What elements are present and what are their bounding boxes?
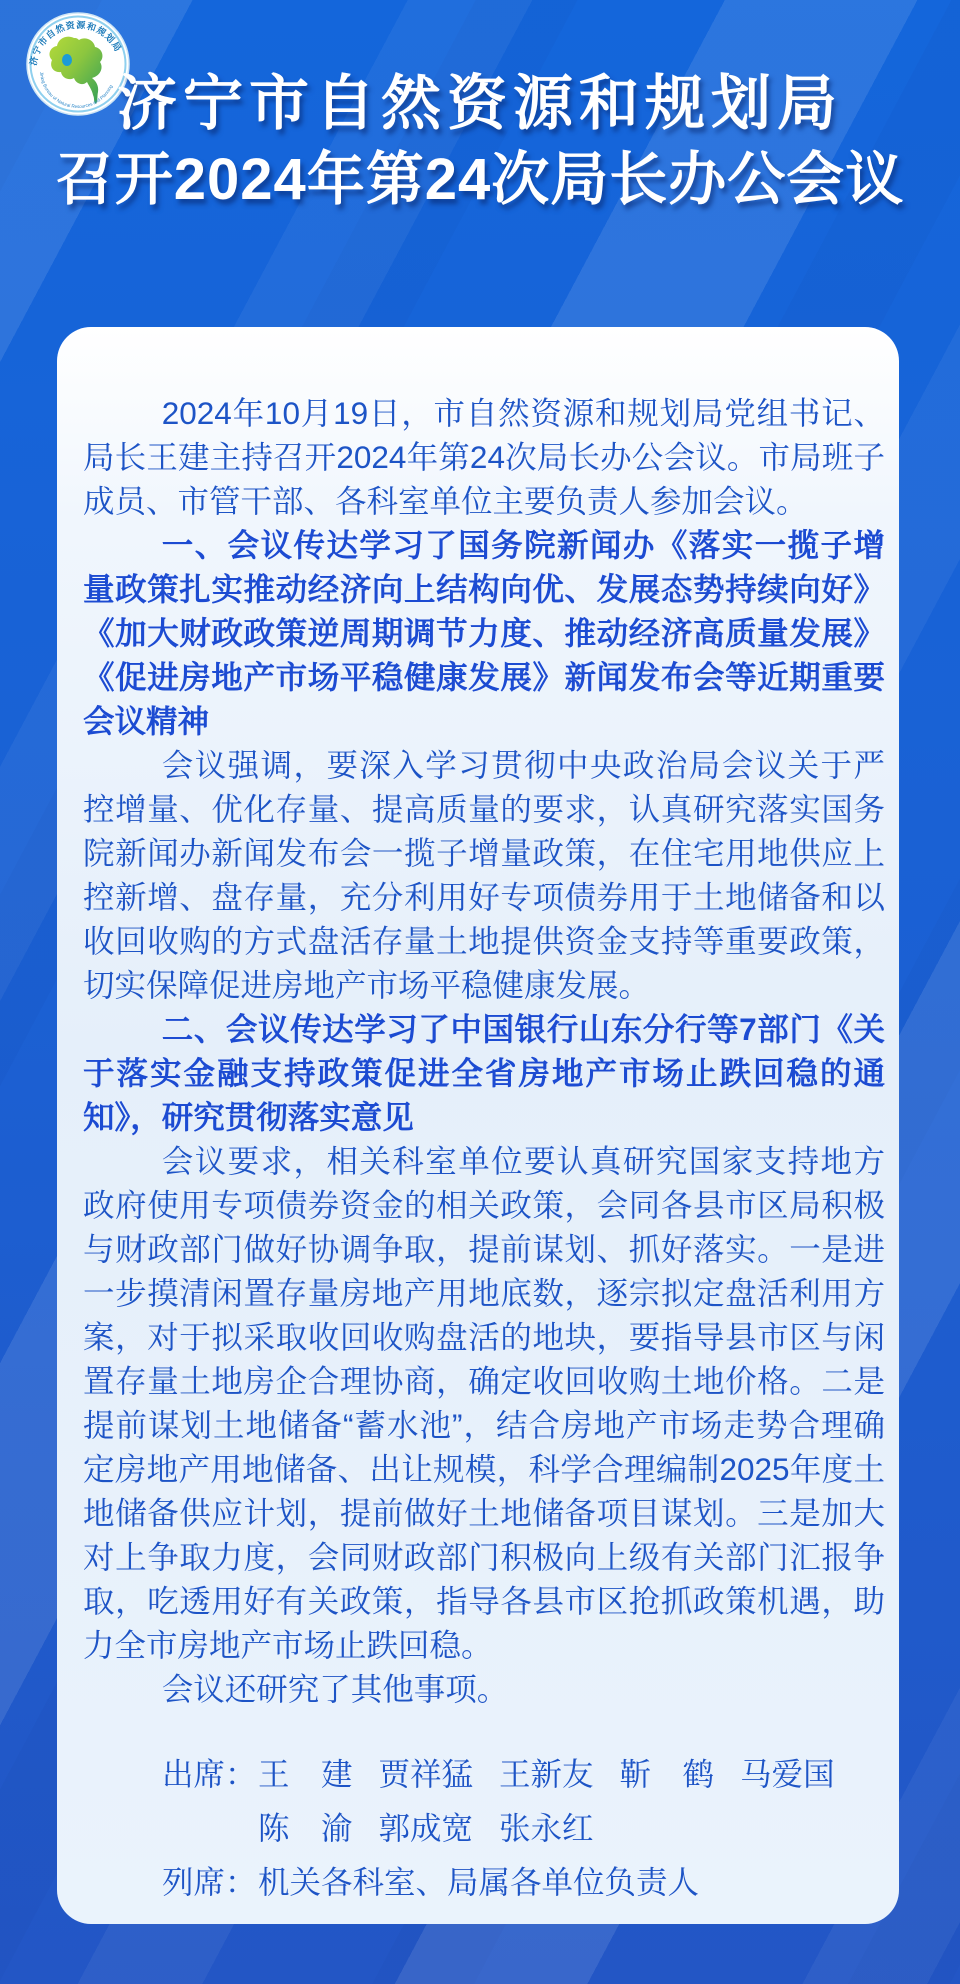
attendance-name: 张永红 (499, 1801, 594, 1855)
logo-water-drop (62, 54, 72, 66)
paragraph: 会议还研究了其他事项。 (83, 1667, 885, 1711)
article-paragraphs: 2024年10月19日，市自然资源和规划局党组书记、局长王建主持召开2024年第… (83, 391, 885, 1711)
attendance-name: 贾祥猛 (379, 1747, 474, 1801)
attendance-label: 出席： (162, 1747, 258, 1801)
article-card: 2024年10月19日，市自然资源和规划局党组书记、局长王建主持召开2024年第… (57, 327, 899, 1924)
attendance-names: 王 建贾祥猛王新友靳 鹤马爱国 (258, 1747, 835, 1801)
attendance-row: 陈 渝郭成宽张永红 (162, 1801, 885, 1855)
attendance-row: 列席：机关各科室、局属各单位负责人 (162, 1855, 885, 1909)
poster-title-line2: 召开2024年第24次局长办公会议 (0, 142, 960, 218)
paragraph-heading: 二、会议传达学习了中国银行山东分行等7部门《关于落实金融支持政策促进全省房地产市… (83, 1007, 885, 1139)
paragraph: 会议要求，相关科室单位要认真研究国家支持地方政府使用专项债券资金的相关政策，会同… (83, 1139, 885, 1667)
paragraph: 会议强调，要深入学习贯彻中央政治局会议关于严控增量、优化存量、提高质量的要求，认… (83, 743, 885, 1007)
attendance-names: 陈 渝郭成宽张永红 (258, 1801, 594, 1855)
attendance-names: 机关各科室、局属各单位负责人 (258, 1855, 699, 1909)
attendance-name: 王 建 (258, 1747, 353, 1801)
paragraph: 2024年10月19日，市自然资源和规划局党组书记、局长王建主持召开2024年第… (83, 391, 885, 523)
poster-title: 济宁市自然资源和规划局 召开2024年第24次局长办公会议 (0, 66, 960, 218)
attendance-row: 出席：王 建贾祥猛王新友靳 鹤马爱国 (162, 1747, 885, 1801)
attendance-name: 靳 鹤 (620, 1747, 715, 1801)
attendance-name: 陈 渝 (258, 1801, 353, 1855)
poster-title-line1: 济宁市自然资源和规划局 (0, 66, 960, 142)
attendance-label: 列席： (162, 1855, 258, 1909)
paragraph-heading: 一、会议传达学习了国务院新闻办《落实一揽子增量政策扎实推动经济向上结构向优、发展… (83, 523, 885, 743)
poster-background: 济宁市自然资源和规划局 Jining Bureau of Natural Res… (0, 0, 960, 1984)
attendance-name: 马爱国 (740, 1747, 835, 1801)
attendance-block: 出席：王 建贾祥猛王新友靳 鹤马爱国陈 渝郭成宽张永红列席：机关各科室、局属各单… (83, 1747, 885, 1909)
attendance-name: 王新友 (499, 1747, 594, 1801)
attendance-name: 机关各科室、局属各单位负责人 (258, 1855, 699, 1909)
attendance-name: 郭成宽 (379, 1801, 474, 1855)
